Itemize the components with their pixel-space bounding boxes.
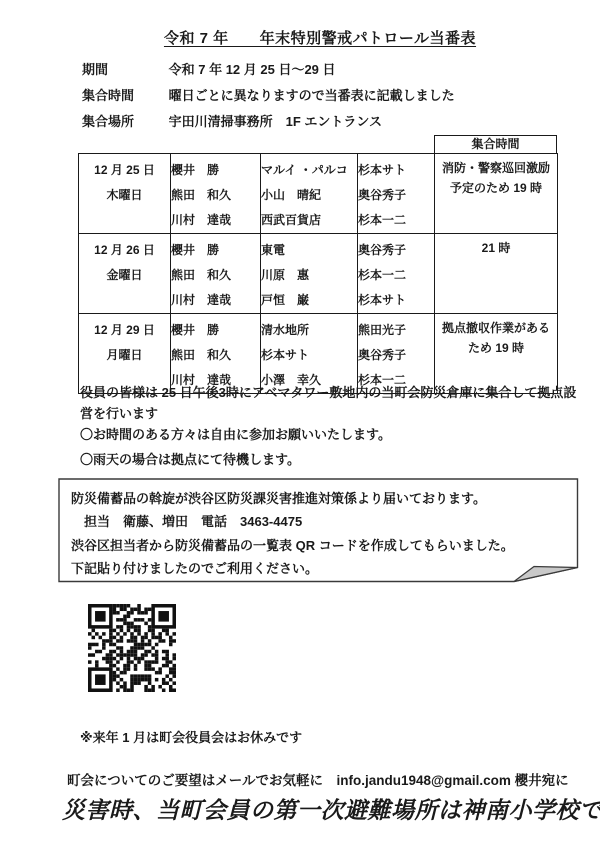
weekday-text: 木曜日 <box>79 183 170 208</box>
period-label: 期間 <box>82 59 165 78</box>
member-name: 櫻井 勝 <box>171 238 260 263</box>
stockpile-line1: 防災備蓄品の斡旋が渋谷区防災課災害推進対策係より届いております。 <box>71 488 566 507</box>
member-name: 奥谷秀子 <box>358 343 434 368</box>
meeting-time-cell: 消防・警察巡回激励 予定のため 19 時 <box>435 154 558 234</box>
member-name: 奥谷秀子 <box>358 183 434 208</box>
meet-time-label: 集合時間 <box>82 85 165 104</box>
date-text: 12 月 29 日 <box>79 318 170 343</box>
info-row-meet-time: 集合時間 曜日ごとに異なりますので当番表に記載しました <box>82 85 562 104</box>
member-name: 熊田 和久 <box>171 183 260 208</box>
note-bullet-participation: 〇お時間のある方々は自由に参加お願いいたします。 <box>80 424 391 445</box>
member-name: 櫻井 勝 <box>171 158 260 183</box>
members-cell: 櫻井 勝 熊田 和久 川村 達哉 <box>171 234 261 314</box>
member-name: 奥谷秀子 <box>358 238 434 263</box>
member-name: 東電 <box>261 238 357 263</box>
document-page: 令和 7 年 年末特別警戒パトロール当番表 期間 令和 7 年 12 月 25 … <box>0 0 600 849</box>
members-cell: 奥谷秀子 杉本一二 杉本サト <box>358 234 435 314</box>
stockpile-line4: 下記貼り付けましたのでご利用ください。 <box>71 558 566 577</box>
member-name: 戸恒 巌 <box>261 288 357 313</box>
contact-email-line: 町会についてのご要望はメールでお気軽に info.jandu1948@gmail… <box>67 769 587 789</box>
duty-table: 集合時間 12 月 25 日 木曜日 櫻井 勝 熊田 和久 川村 達哉 マルイ … <box>78 135 558 381</box>
weekday-text: 月曜日 <box>79 343 170 368</box>
date-text: 12 月 25 日 <box>79 158 170 183</box>
member-name: 熊田 和久 <box>171 343 260 368</box>
member-name: 川村 達哉 <box>171 288 260 313</box>
member-name: 杉本一二 <box>358 208 434 233</box>
time-column-header: 集合時間 <box>434 135 557 154</box>
members-cell: 東電 川原 惠 戸恒 巌 <box>261 234 358 314</box>
page-title: 令和 7 年 年末特別警戒パトロール当番表 <box>80 27 560 48</box>
meet-time-value: 曜日ごとに異なりますので当番表に記載しました <box>169 88 455 103</box>
period-value: 令和 7 年 12 月 25 日～29 日 <box>169 62 336 77</box>
table-row: 12 月 26 日 金曜日 櫻井 勝 熊田 和久 川村 達哉 東電 川原 惠 戸… <box>79 234 558 314</box>
meet-place-value: 宇田川清掃事務所 1F エントランス <box>169 114 382 129</box>
page-title-text: 令和 7 年 年末特別警戒パトロール当番表 <box>164 30 476 47</box>
qr-code-icon <box>88 604 176 692</box>
weekday-text: 金曜日 <box>79 263 170 288</box>
member-name: 川原 惠 <box>261 263 357 288</box>
member-name: 小山 晴紀 <box>261 183 357 208</box>
note-bullet-rain: 〇雨天の場合は拠点にて待機します。 <box>80 449 300 470</box>
member-name: 清水地所 <box>261 318 357 343</box>
date-cell: 12 月 25 日 木曜日 <box>79 154 171 234</box>
setup-paragraph: 役員の皆様は 25 日午後3時にアベマタワー敷地内の当町会防災倉庫に集合して拠点… <box>80 382 580 424</box>
member-name: 杉本サト <box>358 158 434 183</box>
member-name: 西武百貨店 <box>261 208 357 233</box>
member-name: 櫻井 勝 <box>171 318 260 343</box>
stockpile-line3: 渋谷区担当者から防災備蓄品の一覧表 QR コードを作成してもらいました。 <box>71 535 566 554</box>
evacuation-site-line: 災害時、当町会員の第一次避難場所は神南小学校です <box>62 792 592 825</box>
meeting-time-cell: 21 時 <box>435 234 558 314</box>
member-name: マルイ ・パルコ <box>261 158 357 183</box>
date-text: 12 月 26 日 <box>79 238 170 263</box>
member-name: 川村 達哉 <box>171 208 260 233</box>
date-cell: 12 月 26 日 金曜日 <box>79 234 171 314</box>
member-name: 熊田光子 <box>358 318 434 343</box>
stockpile-info-box: 防災備蓄品の斡旋が渋谷区防災課災害推進対策係より届いております。 担当 衛藤、増… <box>58 478 579 583</box>
meet-place-label: 集合場所 <box>82 111 165 130</box>
duty-table-grid: 12 月 25 日 木曜日 櫻井 勝 熊田 和久 川村 達哉 マルイ ・パルコ … <box>78 153 558 394</box>
stockpile-contact: 担当 衛藤、増田 電話 3463-4475 <box>71 511 566 530</box>
table-row: 12 月 25 日 木曜日 櫻井 勝 熊田 和久 川村 達哉 マルイ ・パルコ … <box>79 154 558 234</box>
info-row-period: 期間 令和 7 年 12 月 25 日～29 日 <box>82 59 562 78</box>
member-name: 杉本一二 <box>358 263 434 288</box>
info-row-meet-place: 集合場所 宇田川清掃事務所 1F エントランス <box>82 111 562 130</box>
members-cell: 杉本サト 奥谷秀子 杉本一二 <box>358 154 435 234</box>
members-cell: 櫻井 勝 熊田 和久 川村 達哉 <box>171 154 261 234</box>
member-name: 杉本サト <box>358 288 434 313</box>
member-name: 熊田 和久 <box>171 263 260 288</box>
member-name: 杉本サト <box>261 343 357 368</box>
holiday-note: ※来年 1 月は町会役員会はお休みです <box>80 727 302 746</box>
members-cell: マルイ ・パルコ 小山 晴紀 西武百貨店 <box>261 154 358 234</box>
